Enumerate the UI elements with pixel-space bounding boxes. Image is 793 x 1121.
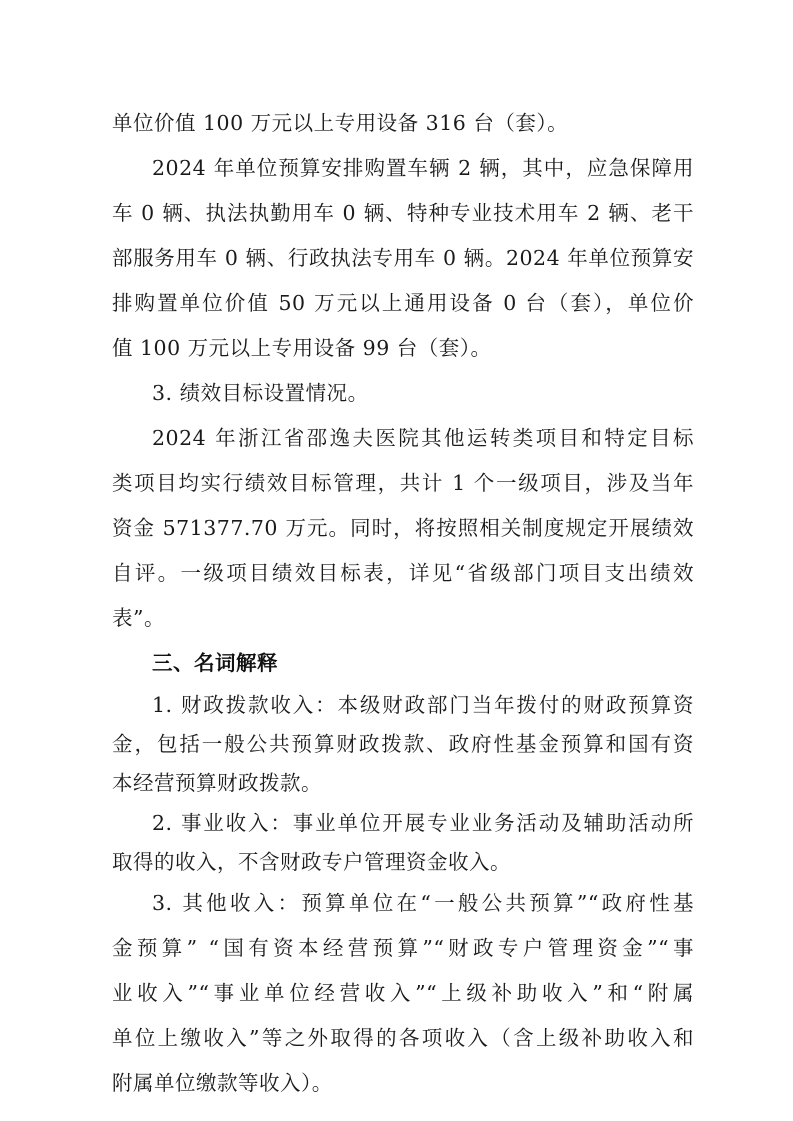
glossary-item-line: 金，包括一般公共预算财政拨款、政府性基金预算和国有资: [112, 731, 694, 757]
paragraph-line: 值 100 万元以上专用设备 99 台（套）。: [112, 335, 492, 361]
paragraph-line: 单位价值 100 万元以上专用设备 316 台（套）。: [112, 110, 568, 136]
paragraph-line: 2024 年浙江省邵逸夫医院其他运转类项目和特定目标: [152, 425, 694, 451]
paragraph-line: 表”。: [112, 605, 165, 631]
glossary-item-line: 金预算” “国有资本经营预算”“财政专户管理资金”“事: [112, 935, 694, 961]
glossary-item-line: 本经营预算财政拨款。: [112, 770, 322, 796]
paragraph-line: 排购置单位价值 50 万元以上通用设备 0 台（套），单位价: [112, 290, 694, 316]
glossary-item-line: 单位上缴收入”等之外取得的各项收入（含上级补助收入和: [112, 1025, 694, 1051]
glossary-item-line: 1. 财政拨款收入：本级财政部门当年拨付的财政预算资: [152, 692, 694, 718]
paragraph-line: 资金 571377.70 万元。同时，将按照相关制度规定开展绩效: [112, 515, 694, 541]
glossary-item-line: 3. 其他收入：预算单位在“一般公共预算”“政府性基: [152, 890, 694, 916]
paragraph-line: 类项目均实行绩效目标管理，共计 1 个一级项目，涉及当年: [112, 470, 694, 496]
glossary-item-line: 取得的收入，不含财政专户管理资金收入。: [112, 849, 511, 875]
paragraph-line: 部服务用车 0 辆、行政执法专用车 0 辆。2024 年单位预算安: [112, 245, 694, 271]
glossary-item-line: 业收入”“事业单位经营收入”“上级补助收入”和“附属: [112, 980, 694, 1006]
document-page: 单位价值 100 万元以上专用设备 316 台（套）。 2024 年单位预算安排…: [0, 0, 793, 1121]
paragraph-line: 车 0 辆、执法执勤用车 0 辆、特种专业技术用车 2 辆、老干: [112, 200, 694, 226]
section-heading-glossary: 三、名词解释: [152, 650, 278, 676]
paragraph-line: 2024 年单位预算安排购置车辆 2 辆，其中，应急保障用: [152, 155, 694, 181]
glossary-item-line: 附属单位缴款等收入）。: [112, 1070, 333, 1096]
paragraph-line: 自评。一级项目绩效目标表，详见“省级部门项目支出绩效: [112, 560, 694, 586]
section-heading-performance: 3. 绩效目标设置情况。: [152, 380, 369, 406]
glossary-item-line: 2. 事业收入：事业单位开展专业业务活动及辅助活动所: [152, 810, 694, 836]
